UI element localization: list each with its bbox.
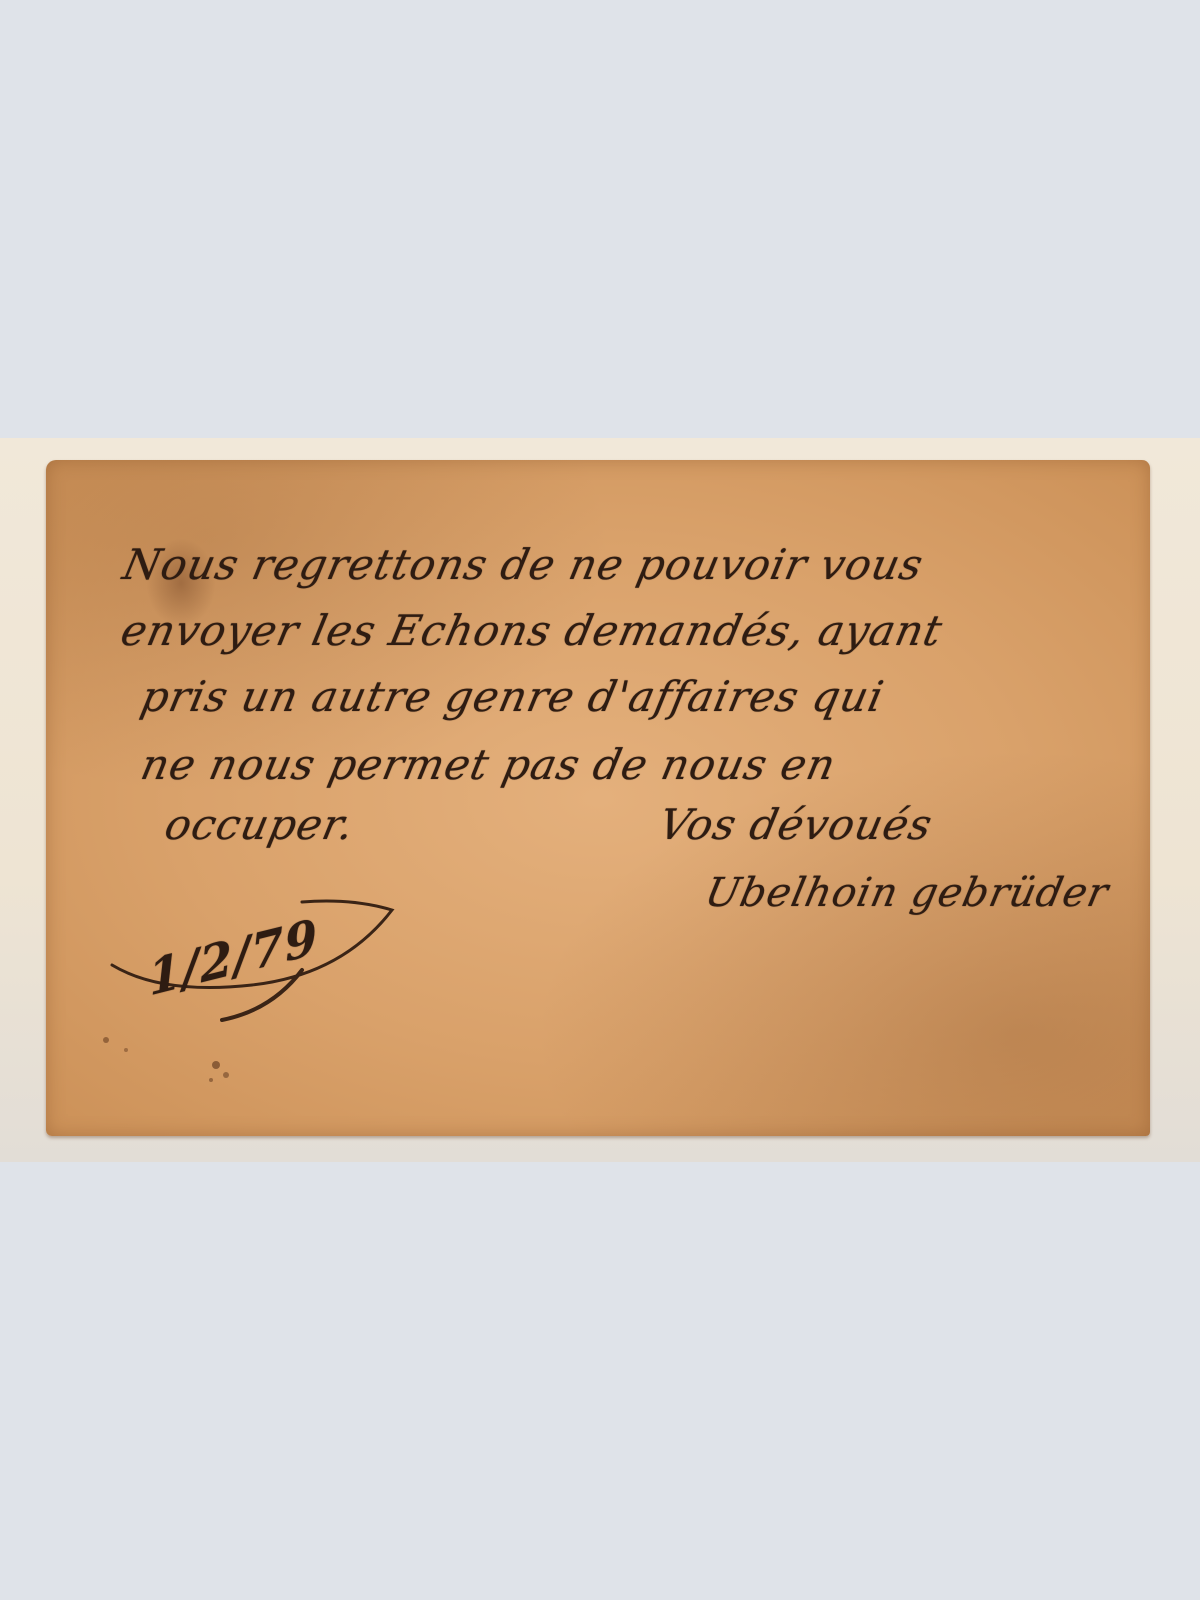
signature: Ubelhoin gebrüder [701,870,1113,916]
letter-line-4: ne nous permet pas de nous en [137,740,841,789]
postcard-photo: Nous regrettons de ne pouvoir vous envoy… [0,438,1200,1162]
letter-line-1: Nous regrettons de ne pouvoir vous [119,540,928,589]
paper-stains [86,1020,246,1100]
letter-line-3: pris un autre genre d'affaires qui [137,672,889,721]
letter-line-5: occuper. [161,800,359,849]
postcard: Nous regrettons de ne pouvoir vous envoy… [46,460,1150,1136]
closing-salutation: Vos dévoués [655,800,937,849]
letter-line-2: envoyer les Echons demandés, ayant [117,606,947,655]
